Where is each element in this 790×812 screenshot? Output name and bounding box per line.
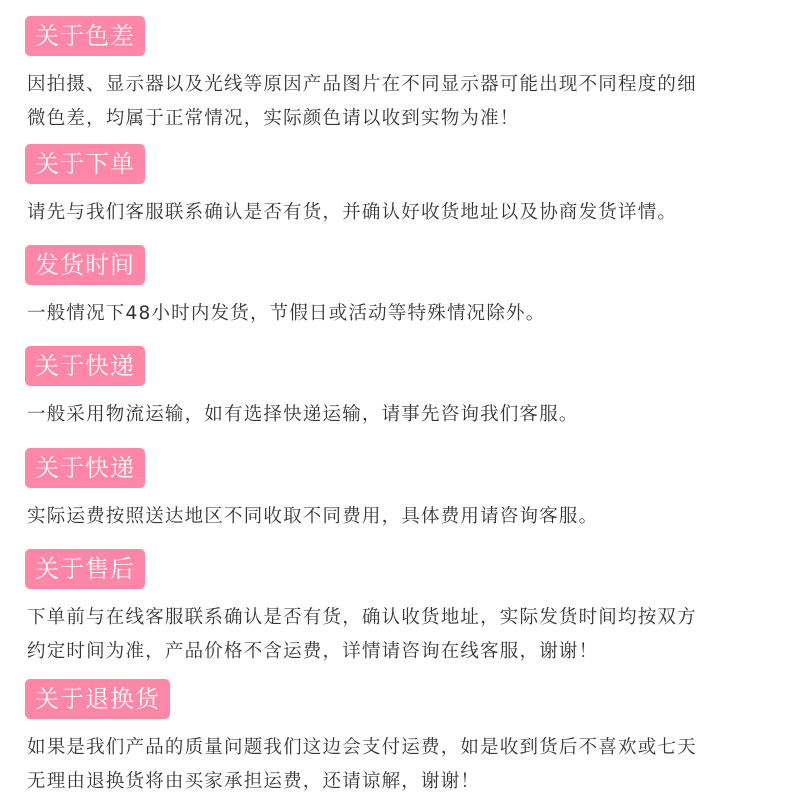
body-line: 下单前与在线客服联系确认是否有货，确认收货地址，实际发货时间均按双方 xyxy=(27,601,770,635)
body-line: 一般情况下48小时内发货，节假日或活动等特殊情况除外。 xyxy=(27,297,770,331)
body-line: 约定时间为准，产品价格不含运费，详情请咨询在线客服，谢谢！ xyxy=(27,635,770,669)
section-body: 实际运费按照送达地区不同收取不同费用，具体费用请咨询客服。 xyxy=(25,500,770,534)
body-line: 一般采用物流运输，如有选择快递运输，请事先咨询我们客服。 xyxy=(27,398,770,432)
section-title-badge: 关于快递 xyxy=(25,346,145,386)
body-line: 实际运费按照送达地区不同收取不同费用，具体费用请咨询客服。 xyxy=(27,500,770,534)
body-line: 无理由退换货将由买家承担运费，还请谅解，谢谢！ xyxy=(27,765,770,799)
section-title-badge: 关于下单 xyxy=(25,144,145,184)
section-shipping-time: 发货时间 一般情况下48小时内发货，节假日或活动等特殊情况除外。 xyxy=(25,245,770,331)
section-body: 因拍摄、显示器以及光线等原因产品图片在不同显示器可能出现不同程度的细 微色差，均… xyxy=(25,68,770,136)
section-body: 下单前与在线客服联系确认是否有货，确认收货地址，实际发货时间均按双方 约定时间为… xyxy=(25,601,770,669)
section-express-1: 关于快递 一般采用物流运输，如有选择快递运输，请事先咨询我们客服。 xyxy=(25,346,770,432)
body-line: 因拍摄、显示器以及光线等原因产品图片在不同显示器可能出现不同程度的细 xyxy=(27,68,770,102)
body-line: 请先与我们客服联系确认是否有货，并确认好收货地址以及协商发货详情。 xyxy=(27,196,770,230)
section-title-badge: 关于售后 xyxy=(25,549,145,589)
section-body: 如果是我们产品的质量问题我们这边会支付运费，如是收到货后不喜欢或七天 无理由退换… xyxy=(25,731,770,799)
section-body: 请先与我们客服联系确认是否有货，并确认好收货地址以及协商发货详情。 xyxy=(25,196,770,230)
section-ordering: 关于下单 请先与我们客服联系确认是否有货，并确认好收货地址以及协商发货详情。 xyxy=(25,144,770,230)
section-returns: 关于退换货 如果是我们产品的质量问题我们这边会支付运费，如是收到货后不喜欢或七天… xyxy=(25,679,770,799)
section-color-difference: 关于色差 因拍摄、显示器以及光线等原因产品图片在不同显示器可能出现不同程度的细 … xyxy=(25,16,770,136)
section-body: 一般情况下48小时内发货，节假日或活动等特殊情况除外。 xyxy=(25,297,770,331)
section-title-badge: 关于退换货 xyxy=(25,679,170,719)
section-title-badge: 关于色差 xyxy=(25,16,145,56)
section-after-sales: 关于售后 下单前与在线客服联系确认是否有货，确认收货地址，实际发货时间均按双方 … xyxy=(25,549,770,669)
section-title-badge: 发货时间 xyxy=(25,245,145,285)
section-title-badge: 关于快递 xyxy=(25,448,145,488)
section-body: 一般采用物流运输，如有选择快递运输，请事先咨询我们客服。 xyxy=(25,398,770,432)
body-line: 如果是我们产品的质量问题我们这边会支付运费，如是收到货后不喜欢或七天 xyxy=(27,731,770,765)
section-express-2: 关于快递 实际运费按照送达地区不同收取不同费用，具体费用请咨询客服。 xyxy=(25,448,770,534)
body-line: 微色差，均属于正常情况，实际颜色请以收到实物为准！ xyxy=(27,102,770,136)
